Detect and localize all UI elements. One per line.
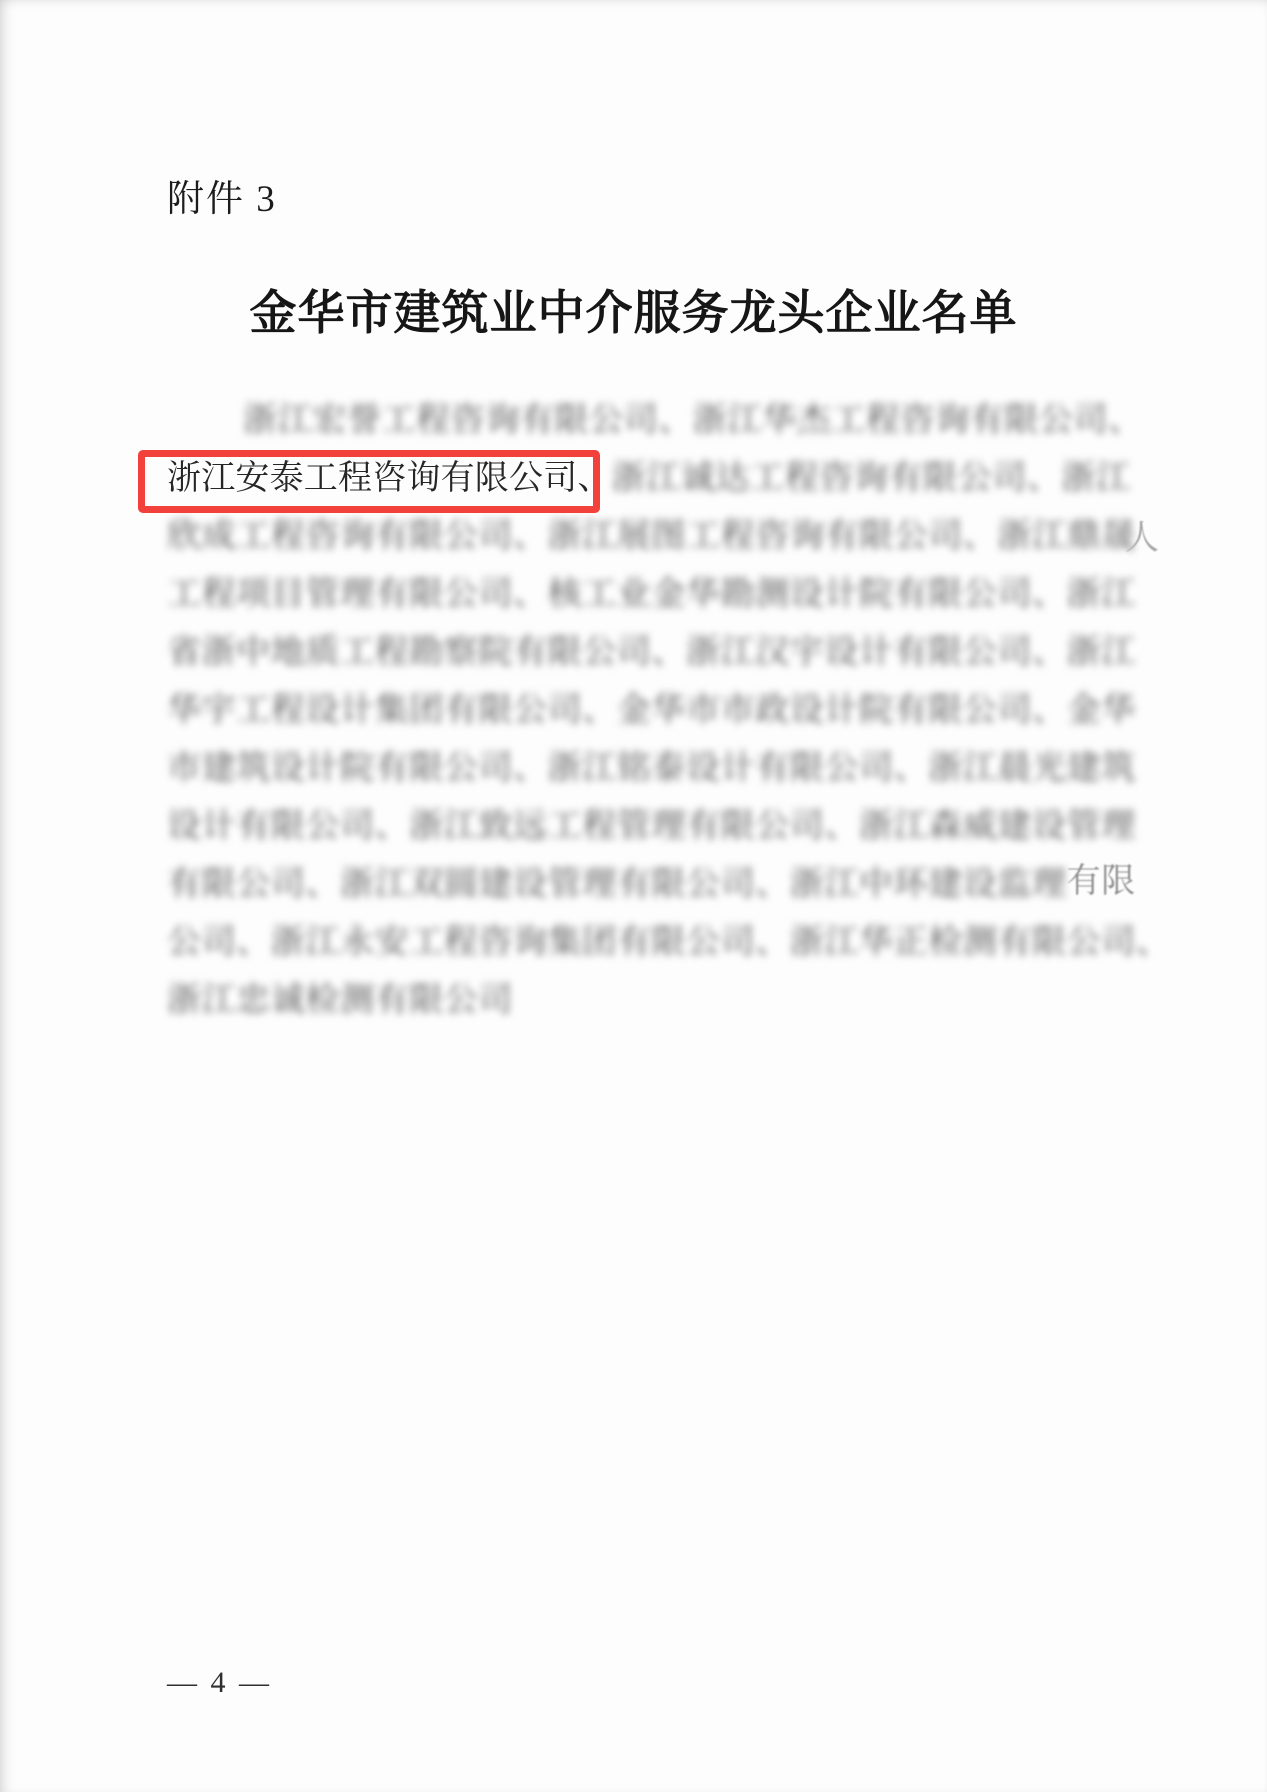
- body-line: 工程项目管理有限公司、核工业金华勘测设计院有限公司、浙江: [167, 566, 1139, 624]
- ghost-stray-char: 人: [1125, 510, 1160, 568]
- page-number: — 4 —: [167, 1666, 272, 1700]
- body-line: 浙江宏誉工程咨询有限公司、浙江华杰工程咨询有限公司、: [167, 392, 1139, 450]
- red-highlight-box: [138, 450, 600, 513]
- blurred-text: 工程项目管理有限公司、核工业金华勘测设计院有限公司、浙江: [167, 576, 1136, 613]
- body-line: 有限公司、浙江双圆建设管理有限公司、浙江中环建设监理有限: [167, 856, 1139, 914]
- blurred-text: 市建筑设计院有限公司、浙江铭泰设计有限公司、浙江晨光建筑: [167, 750, 1136, 787]
- body-line: 省浙中地质工程勘察院有限公司、浙江汉宇设计有限公司、浙江: [167, 624, 1139, 682]
- body-line: 浙江忠诚检测有限公司: [167, 972, 1139, 1030]
- blurred-text: 浙江忠诚检测有限公司: [167, 982, 513, 1019]
- blurred-text: 公司、浙江永安工程咨询集团有限公司、浙江华正检测有限公司、: [167, 924, 1170, 961]
- document-page: 附件 3 金华市建筑业中介服务龙头企业名单 浙江宏誉工程咨询有限公司、浙江华杰工…: [0, 0, 1267, 1792]
- semi-sharp-text: 有限: [1067, 863, 1136, 900]
- blurred-text: 省浙中地质工程勘察院有限公司、浙江汉宇设计有限公司、浙江: [167, 634, 1136, 671]
- document-title: 金华市建筑业中介服务龙头企业名单: [0, 276, 1267, 343]
- blurred-text: 浙江宏誉工程咨询有限公司、浙江华杰工程咨询有限公司、: [243, 402, 1143, 439]
- blurred-text: 浙江诚达工程咨询有限公司、浙江: [612, 460, 1131, 497]
- body-line: 欣成工程咨询有限公司、浙江展图工程咨询有限公司、浙江鼎晟: [167, 508, 1139, 566]
- body-line: 华宇工程设计集团有限公司、金华市市政设计院有限公司、金华: [167, 682, 1139, 740]
- body-line: 公司、浙江永安工程咨询集团有限公司、浙江华正检测有限公司、: [167, 914, 1139, 972]
- body-line: 市建筑设计院有限公司、浙江铭泰设计有限公司、浙江晨光建筑: [167, 740, 1139, 798]
- blurred-text: 有限公司、浙江双圆建设管理有限公司、浙江中环建设监理: [167, 866, 1067, 903]
- blurred-text: 欣成工程咨询有限公司、浙江展图工程咨询有限公司、浙江鼎晟: [167, 518, 1136, 555]
- attachment-label: 附件 3: [167, 168, 277, 222]
- blurred-text: 华宇工程设计集团有限公司、金华市市政设计院有限公司、金华: [167, 692, 1136, 729]
- blurred-text: 设计有限公司、浙江致远工程管理有限公司、浙江森威建设管理: [167, 808, 1136, 845]
- body-line: 设计有限公司、浙江致远工程管理有限公司、浙江森威建设管理: [167, 798, 1139, 856]
